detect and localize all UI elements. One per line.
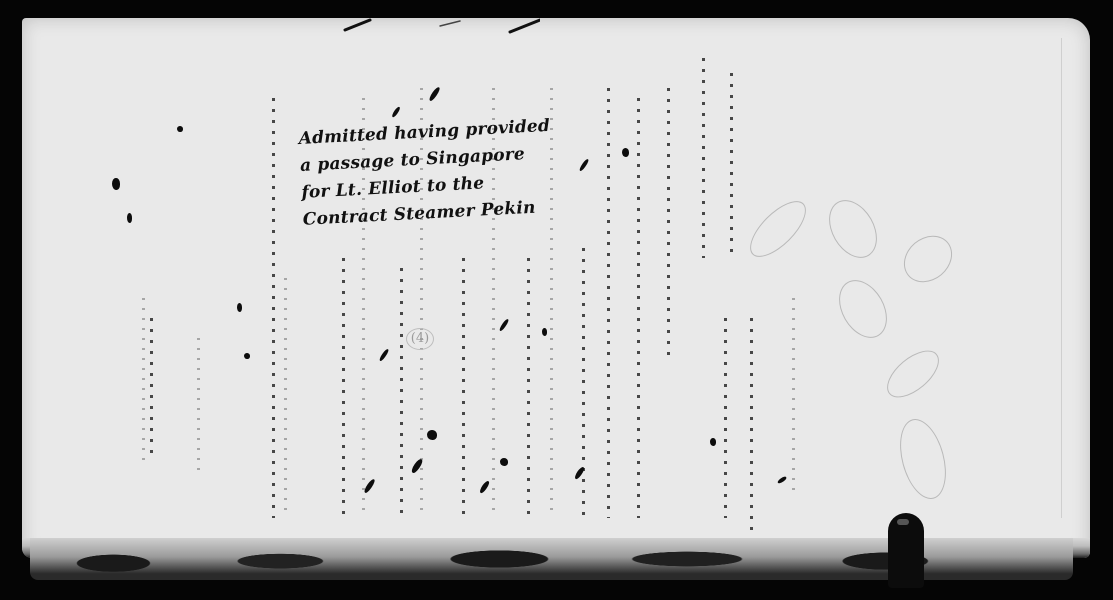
ink-stroke bbox=[578, 158, 589, 172]
ink-blot bbox=[112, 178, 120, 190]
page-number-mark: (4) bbox=[406, 328, 434, 350]
ledger-column-ink bbox=[462, 258, 465, 518]
ledger-column-ink bbox=[400, 268, 403, 518]
ledger-column-bleed bbox=[792, 298, 795, 498]
ink-stroke bbox=[391, 106, 401, 118]
ledger-column-ink bbox=[750, 318, 753, 538]
ink-stroke bbox=[498, 318, 509, 332]
ink-blot bbox=[244, 353, 250, 359]
ledger-column-ink bbox=[724, 318, 727, 518]
ledger-column-ink bbox=[637, 98, 640, 518]
ledger-column-ink bbox=[342, 258, 345, 518]
ink-stroke bbox=[378, 348, 389, 362]
bleed-through-mark bbox=[892, 414, 954, 504]
ink-blot bbox=[622, 148, 629, 157]
ink-blot bbox=[500, 458, 508, 466]
ink-blot bbox=[542, 328, 547, 336]
ink-blot bbox=[237, 303, 242, 312]
ledger-column-ink bbox=[582, 248, 585, 518]
bleed-through-mark bbox=[819, 192, 886, 267]
handwritten-annotation: Admitted having provided a passage to Si… bbox=[298, 112, 573, 234]
ledger-column-bleed bbox=[142, 298, 145, 468]
ink-stroke bbox=[777, 475, 787, 484]
top-edge-strokes bbox=[340, 18, 540, 38]
ink-stroke bbox=[478, 480, 490, 494]
ledger-column-ink bbox=[272, 98, 275, 518]
ledger-column-ink bbox=[667, 88, 670, 358]
ledger-column-ink bbox=[730, 73, 733, 253]
ledger-column-bleed bbox=[284, 278, 287, 518]
ink-blot bbox=[710, 438, 716, 446]
document-page: (4) bbox=[22, 18, 1090, 558]
ink-blot bbox=[177, 126, 183, 132]
ink-blot bbox=[427, 430, 437, 440]
bleed-through-mark bbox=[895, 226, 962, 292]
ledger-column-ink bbox=[607, 88, 610, 518]
bleed-through-mark bbox=[879, 342, 947, 406]
ledger-column-bleed bbox=[197, 338, 200, 478]
binder-clip bbox=[888, 513, 924, 588]
ledger-column-ink bbox=[527, 258, 530, 518]
ledger-column-ink bbox=[702, 58, 705, 258]
page-fold-line bbox=[1061, 38, 1062, 518]
ink-blot bbox=[127, 213, 132, 223]
bleed-through-mark bbox=[829, 272, 896, 347]
ink-stroke bbox=[428, 86, 441, 102]
ledger-column-ink bbox=[150, 318, 153, 458]
bleed-through-mark bbox=[741, 192, 815, 266]
